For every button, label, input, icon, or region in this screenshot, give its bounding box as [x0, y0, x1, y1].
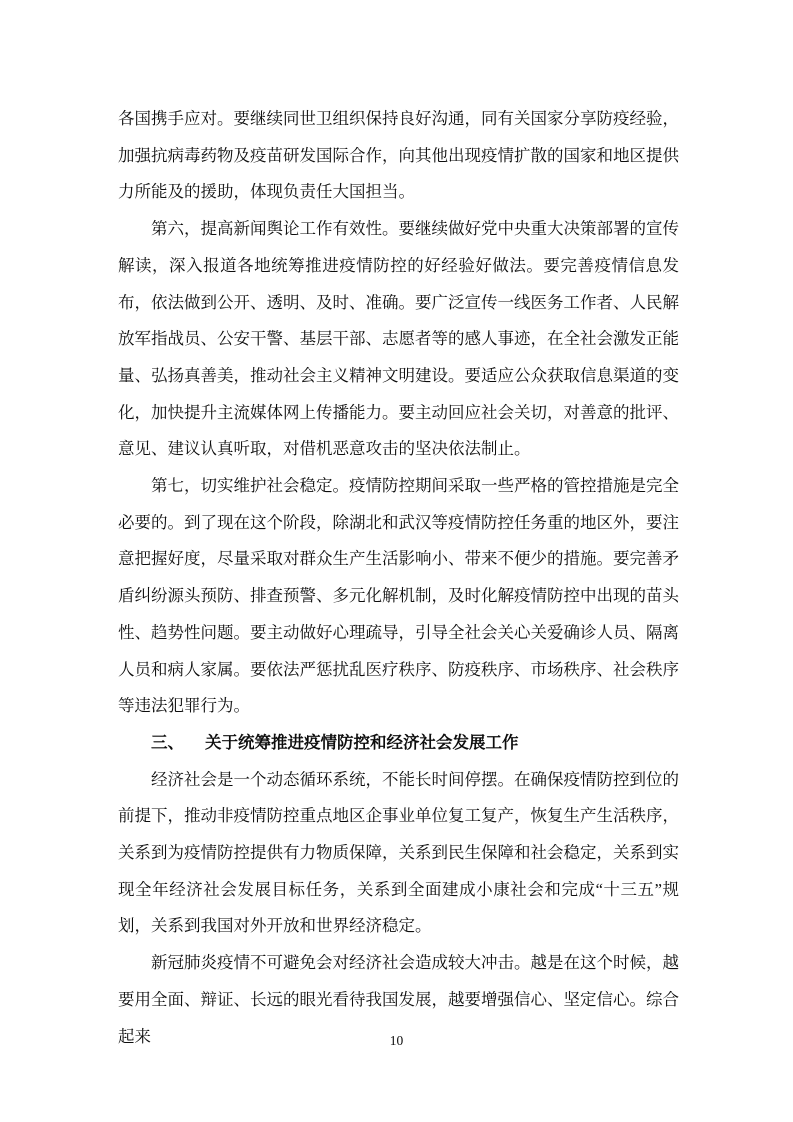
- section-heading: 三、关于统筹推进疫情防控和经济社会发展工作: [118, 725, 679, 762]
- section-heading-title: 关于统筹推进疫情防控和经济社会发展工作: [205, 733, 519, 752]
- paragraph-continuation: 各国携手应对。要继续同世卫组织保持良好沟通，同有关国家分享防疫经验，加强抗病毒药…: [118, 101, 679, 211]
- paragraph-point-seven: 第七，切实维护社会稳定。疫情防控期间采取一些严格的管控措施是完全必要的。到了现在…: [118, 468, 679, 725]
- paragraph-economy-system: 经济社会是一个动态循环系统，不能长时间停摆。在确保疫情防控到位的前提下，推动非疫…: [118, 762, 679, 946]
- section-heading-number: 三、: [151, 733, 184, 752]
- paragraph-point-six: 第六，提高新闻舆论工作有效性。要继续做好党中央重大决策部署的宣传解读，深入报道各…: [118, 211, 679, 468]
- document-page: 各国携手应对。要继续同世卫组织保持良好沟通，同有关国家分享防疫经验，加强抗病毒药…: [0, 0, 793, 1122]
- page-number: 10: [0, 1032, 793, 1050]
- document-body: 各国携手应对。要继续同世卫组织保持良好沟通，同有关国家分享防疫经验，加强抗病毒药…: [118, 101, 679, 1055]
